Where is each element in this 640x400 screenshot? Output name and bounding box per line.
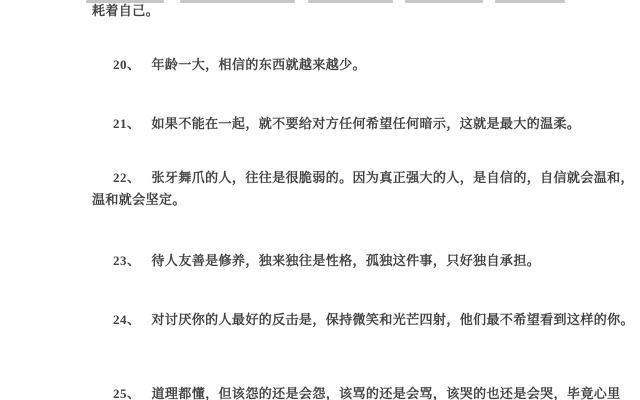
quote-item-24: 24、对讨厌你的人最好的反击是，保持微笑和光芒四射，他们最不希望看到这样的你。 <box>113 312 634 327</box>
quote-item-23: 23、待人友善是修养，独来独往是性格，孤独这件事，只好独自承担。 <box>113 253 540 268</box>
item-text: 对讨厌你的人最好的反击是，保持微笑和光芒四射，他们最不希望看到这样的你。 <box>152 312 634 327</box>
quote-item-20: 20、年龄一大，相信的东西就越来越少。 <box>113 57 366 72</box>
quote-item-22-continuation: 温和就会坚定。 <box>92 192 186 207</box>
quote-item-22: 22、张牙舞爪的人，往往是很脆弱的。因为真正强大的人，是自信的，自信就会温和， <box>113 170 634 185</box>
document-page: 耗着自己。 20、年龄一大，相信的东西就越来越少。 21、如果不能在一起，就不要… <box>0 0 640 400</box>
item-number: 20、 <box>113 57 141 72</box>
item-number: 21、 <box>113 116 141 131</box>
clipped-text-fragment <box>180 0 295 3</box>
item-number: 22、 <box>113 170 141 185</box>
item-text: 如果不能在一起，就不要给对方任何希望任何暗示，这就是最大的温柔。 <box>152 116 581 131</box>
item-text: 待人友善是修养，独来独往是性格，孤独这件事，只好独自承担。 <box>152 253 541 268</box>
clipped-text-fragment <box>405 0 483 3</box>
partial-paragraph-tail: 耗着自己。 <box>92 3 159 18</box>
clipped-text-fragment <box>495 0 565 3</box>
clipped-text-fragment <box>308 0 393 3</box>
quote-item-21: 21、如果不能在一起，就不要给对方任何希望任何暗示，这就是最大的温柔。 <box>113 116 580 131</box>
item-text: 道理都懂，但该怨的还是会怨，该骂的还是会骂，该哭的也还是会哭，毕竟心里 <box>152 386 621 400</box>
item-text: 年龄一大，相信的东西就越来越少。 <box>152 57 366 72</box>
quote-item-25: 25、道理都懂，但该怨的还是会怨，该骂的还是会骂，该哭的也还是会哭，毕竟心里 <box>113 386 621 400</box>
item-number: 24、 <box>113 312 141 327</box>
item-number: 23、 <box>113 253 141 268</box>
item-text: 张牙舞爪的人，往往是很脆弱的。因为真正强大的人，是自信的，自信就会温和， <box>152 170 634 185</box>
item-number: 25、 <box>113 386 141 400</box>
